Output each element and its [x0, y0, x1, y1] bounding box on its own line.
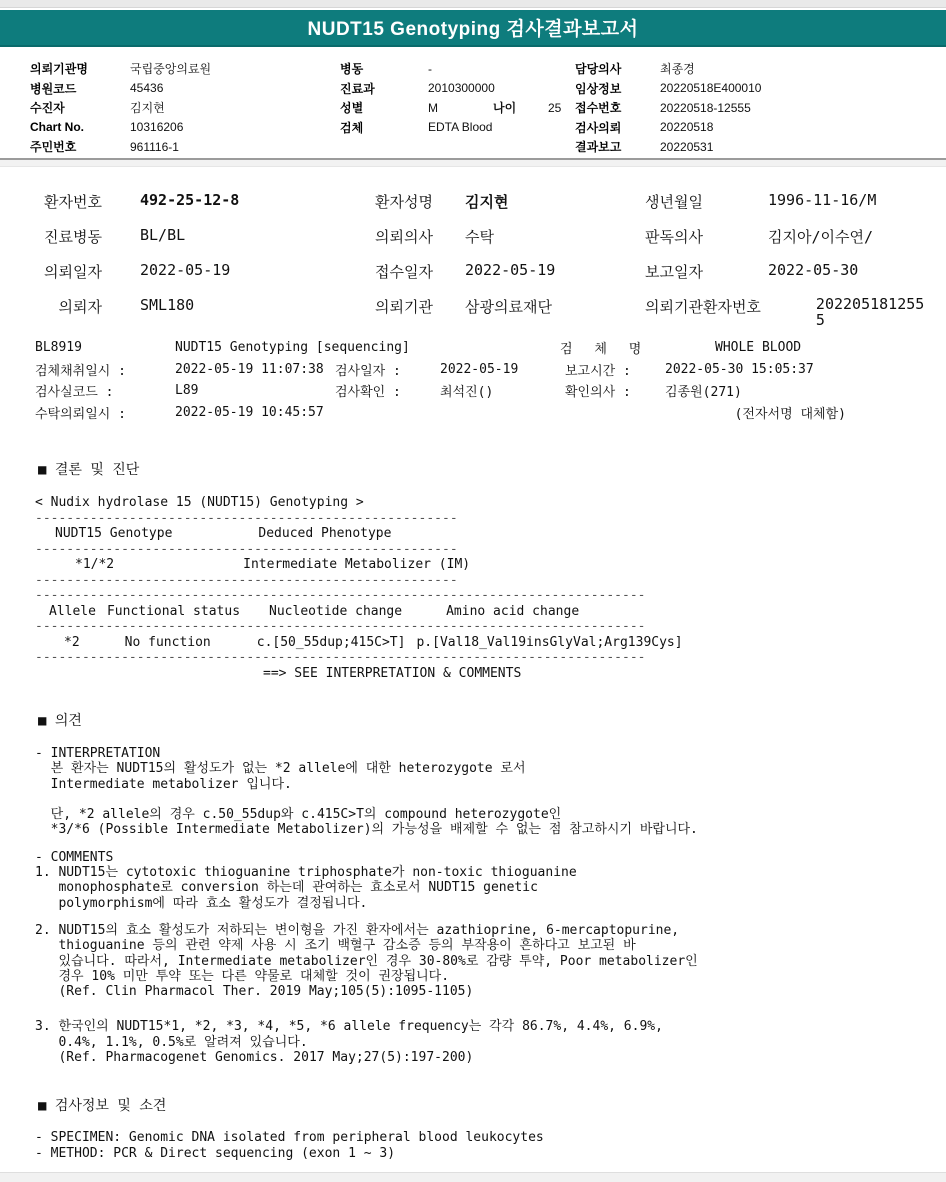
admin-row: 주민번호961116-1 — [30, 137, 340, 157]
patient-row: 의뢰자SML180 의뢰기관삼광의료재단 의뢰기관환자번호20220518125… — [40, 296, 946, 331]
field-value: 20220531 — [660, 140, 713, 154]
field-value: 최종경 — [660, 60, 695, 77]
field-value: M — [428, 101, 493, 115]
field-label: 판독의사 — [645, 226, 735, 247]
column-header: NUDT15 Genotype — [55, 526, 172, 542]
field-value: 수탁 — [465, 226, 494, 247]
admin-row: 담당의사최종경 — [575, 59, 946, 79]
test-row: 검사실코드 : L89 검사확인 : 최석진() 확인의사 : 김종원(271) — [35, 380, 946, 402]
field-value: 김지아/이수연/ — [768, 226, 873, 247]
field-label: 결과보고 — [575, 138, 660, 155]
comments-title: - COMMENTS — [0, 850, 946, 865]
genotype-value: *1/*2 — [75, 557, 114, 573]
test-row: 수탁의뢰일시 : 2022-05-19 10:45:57 (전자서명 대체함) — [35, 402, 946, 424]
field-value: 2022-05-30 15:05:37 — [665, 362, 814, 377]
field-value: 45436 — [130, 81, 163, 95]
see-note-line: ==> SEE INTERPRETATION & COMMENTS — [35, 666, 946, 682]
table-rule: ----------------------------------------… — [35, 619, 946, 635]
field-value: 2022-05-30 — [768, 261, 858, 282]
section-heading-opinion: ■ 의견 — [0, 710, 946, 730]
table-rule: ----------------------------------------… — [35, 542, 946, 558]
test-meta: BL8919 NUDT15 Genotyping [sequencing] 검 … — [0, 331, 946, 423]
admin-col-order: 담당의사최종경 임상정보20220518E400010 접수번호20220518… — [575, 59, 946, 155]
field-label: 생년월일 — [645, 191, 735, 212]
allele-value: *2 — [64, 635, 80, 651]
test-row: 검체채취일시 : 2022-05-19 11:07:38 검사일자 : 2022… — [35, 359, 946, 381]
field-value: 2010300000 — [428, 81, 495, 95]
field-value: 961116-1 — [130, 140, 179, 154]
birthdate-value: 1996-11-16/M — [768, 191, 876, 212]
field-value: 2022-05-19 10:45:57 — [175, 405, 335, 420]
opinion-section: ■ 의견 - INTERPRETATION 본 환자는 NUDT15의 활성도가… — [0, 710, 946, 1065]
exam-info-section: ■ 검사정보 및 소견 - SPECIMEN: Genomic DNA isol… — [0, 1095, 946, 1161]
table-rule: ----------------------------------------… — [35, 650, 946, 666]
field-label: Chart No. — [30, 120, 130, 134]
exam-info-text: - SPECIMEN: Genomic DNA isolated from pe… — [0, 1130, 946, 1161]
section-heading-exam-info: ■ 검사정보 및 소견 — [0, 1095, 946, 1115]
field-label: 수진자 — [30, 99, 130, 116]
field-value: 20220518-12555 — [660, 101, 751, 115]
admin-row: 검사의뢰20220518 — [575, 118, 946, 138]
phenotype-value: Intermediate Metabolizer (IM) — [243, 557, 470, 573]
table-rule: ----------------------------------------… — [35, 588, 946, 604]
admin-row: 임상정보20220518E400010 — [575, 79, 946, 99]
amino-acid-change-value: p.[Val18_Val19insGlyVal;Arg139Cys] — [416, 635, 682, 651]
admin-row: 수진자김지현 — [30, 98, 340, 118]
field-label: 병동 — [340, 60, 428, 77]
field-value: 김종원(271) — [665, 381, 742, 400]
field-label: 환자번호 — [40, 191, 102, 212]
conclusion-section: ■ 결론 및 진단 < Nudix hydrolase 15 (NUDT15) … — [0, 459, 946, 681]
genotyping-subtitle: < Nudix hydrolase 15 (NUDT15) Genotyping… — [35, 495, 946, 511]
section-heading-conclusion: ■ 결론 및 진단 — [0, 459, 946, 479]
field-label: 진료병동 — [40, 226, 102, 247]
field-label: 수탁의뢰일시 : — [35, 403, 175, 422]
field-label: 검사일자 : — [335, 360, 440, 379]
field-value: BL/BL — [140, 226, 185, 247]
specimen-value: WHOLE BLOOD — [715, 340, 801, 355]
field-label: 검체채취일시 : — [35, 360, 175, 379]
field-label: 보고시간 : — [565, 360, 665, 379]
field-value: 20220518 — [660, 120, 713, 134]
column-header: Functional status — [107, 604, 240, 620]
patient-number: 492-25-12-8 — [140, 191, 239, 212]
field-value: 국립중앙의료원 — [130, 60, 211, 77]
admin-row: Chart No.10316206 — [30, 118, 340, 138]
field-label: 의뢰일자 — [40, 261, 102, 282]
report-title: NUDT15 Genotyping 검사결과보고서 — [308, 14, 639, 41]
interpretation-text: 본 환자는 NUDT15의 활성도가 없는 *2 allele에 대한 hete… — [0, 761, 946, 837]
field-value: 김지현 — [130, 99, 165, 116]
admin-row: 병동- — [340, 59, 575, 79]
field-label: 진료과 — [340, 80, 428, 97]
field-label: 접수일자 — [375, 261, 437, 282]
report-banner: NUDT15 Genotyping 검사결과보고서 — [0, 10, 946, 47]
test-name: NUDT15 Genotyping [sequencing] — [175, 340, 560, 355]
esign-note: (전자서명 대체함) — [735, 403, 846, 422]
field-label: 검체 — [340, 119, 428, 136]
comment-2: 2. NUDT15의 효소 활성도가 저하되는 변이형을 가진 환자에서는 az… — [0, 923, 946, 999]
table-rule: ----------------------------------------… — [35, 573, 946, 589]
column-header: Amino acid change — [446, 604, 579, 620]
column-header: Allele — [49, 604, 96, 620]
header-divider-strip — [0, 160, 946, 167]
allele-table-row: *2 No function c.[50_55dup;415C>T] p.[Va… — [35, 635, 946, 651]
field-value: SML180 — [140, 296, 194, 317]
field-label: 의뢰기관명 — [30, 60, 130, 77]
interpretation-title: - INTERPRETATION — [0, 746, 946, 761]
column-header: Nucleotide change — [269, 604, 402, 620]
functional-status-value: No function — [125, 635, 211, 651]
field-label: 담당의사 — [575, 60, 660, 77]
field-value: 2022-05-19 11:07:38 — [175, 362, 335, 377]
window-top-strip — [0, 0, 946, 8]
admin-header: 의뢰기관명국립중앙의료원 병원코드45436 수진자김지현 Chart No.1… — [0, 47, 946, 155]
test-code: BL8919 — [35, 340, 175, 355]
field-label: 성별 — [340, 99, 428, 116]
comment-3: 3. 한국인의 NUDT15*1, *2, *3, *4, *5, *6 all… — [0, 1019, 946, 1065]
nucleotide-change-value: c.[50_55dup;415C>T] — [257, 635, 406, 651]
field-label: 의뢰기관 — [375, 296, 437, 317]
field-label: 검사의뢰 — [575, 119, 660, 136]
patient-row: 환자번호492-25-12-8 환자성명김지현 생년월일1996-11-16/M — [40, 191, 946, 226]
field-label: 주민번호 — [30, 138, 130, 155]
field-value: - — [428, 62, 432, 76]
field-label: 검사실코드 : — [35, 381, 175, 400]
patient-name: 김지현 — [465, 191, 508, 212]
admin-col-visit: 병동- 진료과2010300000 성별M나이25 검체EDTA Blood — [340, 59, 575, 155]
genotype-table-header: NUDT15 Genotype Deduced Phenotype — [35, 526, 946, 542]
field-value: EDTA Blood — [428, 120, 492, 134]
field-value: 2022-05-19 — [440, 362, 565, 377]
admin-row: 결과보고20220531 — [575, 137, 946, 157]
field-value: 2022-05-19 — [140, 261, 230, 282]
admin-col-institution: 의뢰기관명국립중앙의료원 병원코드45436 수진자김지현 Chart No.1… — [30, 59, 340, 155]
field-label: 보고일자 — [645, 261, 735, 282]
field-value: 10316206 — [130, 120, 183, 134]
admin-row: 접수번호20220518-12555 — [575, 98, 946, 118]
field-label: 접수번호 — [575, 99, 660, 116]
field-label: 병원코드 — [30, 80, 130, 97]
field-label: 임상정보 — [575, 80, 660, 97]
lab-report-page: NUDT15 Genotyping 검사결과보고서 의뢰기관명국립중앙의료원 병… — [0, 0, 946, 1182]
field-value: 25 — [548, 101, 561, 115]
allele-table-header: Allele Functional status Nucleotide chan… — [35, 604, 946, 620]
field-value: L89 — [175, 383, 335, 398]
specimen-label: 검 체 명 — [560, 338, 715, 357]
field-label: 확인의사 : — [565, 381, 665, 400]
referrer-patient-number: 2022051812555 — [816, 296, 928, 328]
table-rule: ----------------------------------------… — [35, 511, 946, 527]
admin-row: 병원코드45436 — [30, 79, 340, 99]
field-label: 의뢰기관환자번호 — [645, 296, 761, 328]
field-label: 검사확인 : — [335, 381, 440, 400]
field-label: 의뢰자 — [40, 296, 102, 317]
comment-1: 1. NUDT15는 cytotoxic thioguanine triphos… — [0, 865, 946, 911]
field-value: 최석진() — [440, 381, 565, 400]
patient-info: 환자번호492-25-12-8 환자성명김지현 생년월일1996-11-16/M… — [0, 167, 946, 331]
field-label: 나이 — [493, 99, 548, 116]
see-note: ==> SEE INTERPRETATION & COMMENTS — [263, 666, 521, 682]
admin-row: 의뢰기관명국립중앙의료원 — [30, 59, 340, 79]
test-title-row: BL8919 NUDT15 Genotyping [sequencing] 검 … — [35, 337, 946, 359]
genotype-table-row: *1/*2 Intermediate Metabolizer (IM) — [35, 557, 946, 573]
field-value: 2022-05-19 — [465, 261, 555, 282]
field-value: 삼광의료재단 — [465, 296, 552, 317]
admin-row: 성별M나이25 — [340, 98, 575, 118]
window-bottom-strip — [0, 1172, 946, 1182]
column-header: Deduced Phenotype — [258, 526, 391, 542]
patient-row: 의뢰일자2022-05-19 접수일자2022-05-19 보고일자2022-0… — [40, 261, 946, 296]
field-label: 의뢰의사 — [375, 226, 437, 247]
patient-row: 진료병동BL/BL 의뢰의사수탁 판독의사김지아/이수연/ — [40, 226, 946, 261]
field-label: 환자성명 — [375, 191, 437, 212]
field-value: 20220518E400010 — [660, 81, 761, 95]
admin-row: 검체EDTA Blood — [340, 118, 575, 138]
admin-row: 진료과2010300000 — [340, 79, 575, 99]
